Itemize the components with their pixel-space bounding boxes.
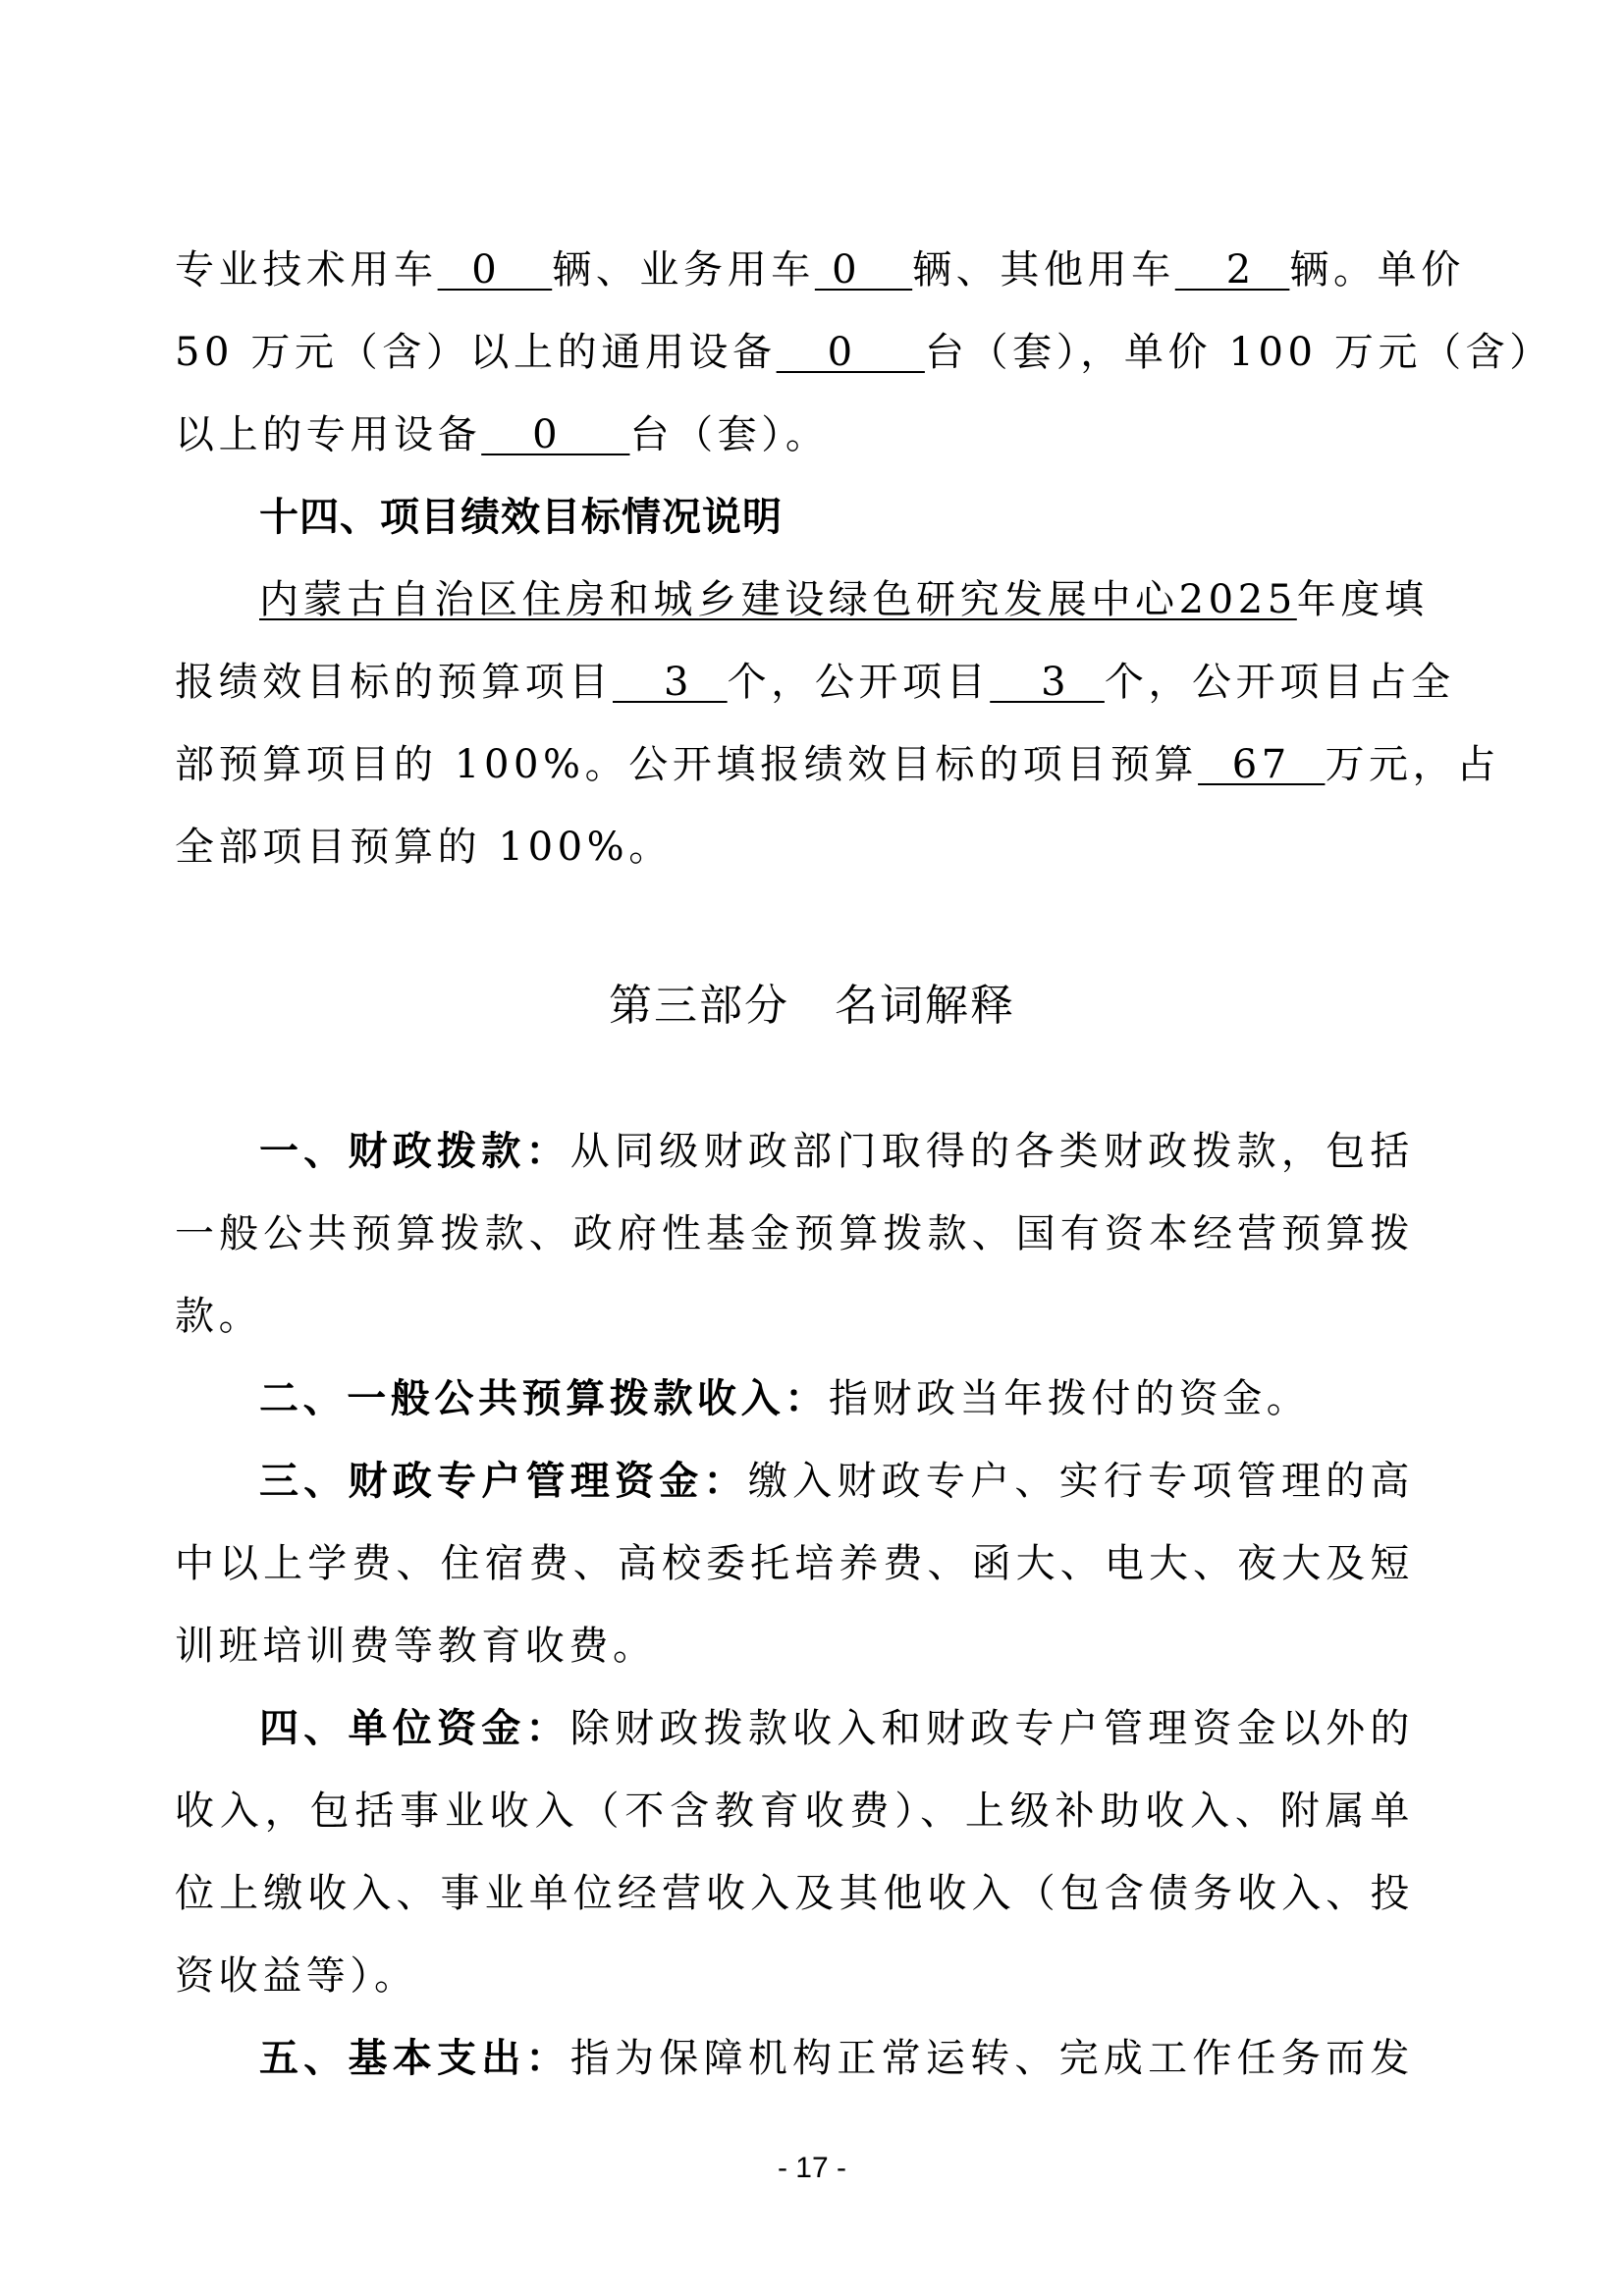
filled-value: 3 (613, 660, 728, 705)
term-definition: 除财政拨款收入和财政专户管理资金以外的 (570, 1706, 1414, 1751)
paragraph-line: 报绩效目标的预算项目 3 个，公开项目 3 个，公开项目占全 (175, 653, 1414, 712)
text: 以上的专用设备 (175, 412, 481, 457)
filled-value: 0 (481, 412, 629, 457)
term-definition: 缴入财政专户、实行专项管理的高 (748, 1459, 1414, 1504)
term-line: 中以上学费、住宿费、高校委托培养费、函大、电大、夜大及短 (175, 1534, 1414, 1593)
text: 50 万元（含）以上的通用设备 (175, 330, 777, 375)
paragraph-line: 专业技术用车 0 辆、业务用车 0 辆、其他用车 2 辆。单价 (175, 240, 1414, 299)
text: 辆、其他用车 (912, 247, 1175, 293)
text: 部预算项目的 100%。公开填报绩效目标的项目预算 (175, 742, 1198, 787)
text: 辆。单价 (1289, 247, 1464, 293)
filled-value: 3 (990, 660, 1105, 705)
section-heading: 十四、项目绩效目标情况说明 (175, 488, 1414, 547)
filled-value: 0 (815, 247, 912, 293)
paragraph-line: 部预算项目的 100%。公开填报绩效目标的项目预算 67 万元，占 (175, 735, 1414, 794)
filled-value: 67 (1198, 742, 1325, 787)
paragraph-line: 50 万元（含）以上的通用设备 0 台（套），单价 100 万元（含） (175, 323, 1414, 382)
filled-value: 0 (777, 330, 925, 375)
paragraph-line: 内蒙古自治区住房和城乡建设绿色研究发展中心2025年度填 (175, 570, 1414, 629)
text: 个，公开项目占全 (1105, 660, 1455, 705)
paragraph-line: 以上的专用设备 0 台（套）。 (175, 405, 1414, 464)
term-label: 三、财政专户管理资金： (259, 1459, 748, 1504)
organization-name: 内蒙古自治区住房和城乡建设绿色研究发展中心2025 (259, 577, 1297, 622)
term-label: 一、财政拨款： (259, 1129, 570, 1174)
text: 辆、业务用车 (552, 247, 815, 293)
page-number: - 17 - (0, 2152, 1624, 2185)
text: 台（套）。 (629, 412, 829, 457)
term-label: 四、单位资金： (259, 1706, 570, 1751)
part-title: 第三部分 名词解释 (0, 977, 1624, 1036)
filled-value: 2 (1175, 247, 1290, 293)
term-line: 资收益等）。 (175, 1947, 1414, 2005)
text: 台（套），单价 100 万元（含） (925, 330, 1553, 375)
text: 报绩效目标的预算项目 (175, 660, 613, 705)
term-label: 二、一般公共预算拨款收入： (259, 1376, 829, 1421)
term-definition: 指财政当年拨付的资金。 (829, 1376, 1311, 1421)
text: 万元，占 (1325, 742, 1499, 787)
term-definition: 指为保障机构正常运转、完成工作任务而发 (570, 2036, 1414, 2081)
term-line: 四、单位资金：除财政拨款收入和财政专户管理资金以外的 (175, 1699, 1414, 1758)
term-line: 收入，包括事业收入（不含教育收费）、上级补助收入、附属单 (175, 1782, 1414, 1841)
term-line: 五、基本支出：指为保障机构正常运转、完成工作任务而发 (175, 2029, 1414, 2088)
term-line: 二、一般公共预算拨款收入：指财政当年拨付的资金。 (175, 1369, 1414, 1428)
text: 专业技术用车 (175, 247, 438, 293)
term-definition: 从同级财政部门取得的各类财政拨款，包括 (570, 1129, 1414, 1174)
term-line: 一般公共预算拨款、政府性基金预算拨款、国有资本经营预算拨 (175, 1204, 1414, 1263)
text: 个，公开项目 (728, 660, 991, 705)
paragraph-line: 全部项目预算的 100%。 (175, 818, 1414, 877)
term-line: 一、财政拨款：从同级财政部门取得的各类财政拨款，包括 (175, 1122, 1414, 1181)
term-line: 训班培训费等教育收费。 (175, 1617, 1414, 1676)
term-line: 款。 (175, 1287, 1414, 1346)
term-line: 位上缴收入、事业单位经营收入及其他收入（包含债务收入、投 (175, 1864, 1414, 1923)
term-label: 五、基本支出： (259, 2036, 570, 2081)
term-line: 三、财政专户管理资金：缴入财政专户、实行专项管理的高 (175, 1452, 1414, 1511)
text: 年度填 (1297, 577, 1429, 622)
filled-value: 0 (438, 247, 553, 293)
